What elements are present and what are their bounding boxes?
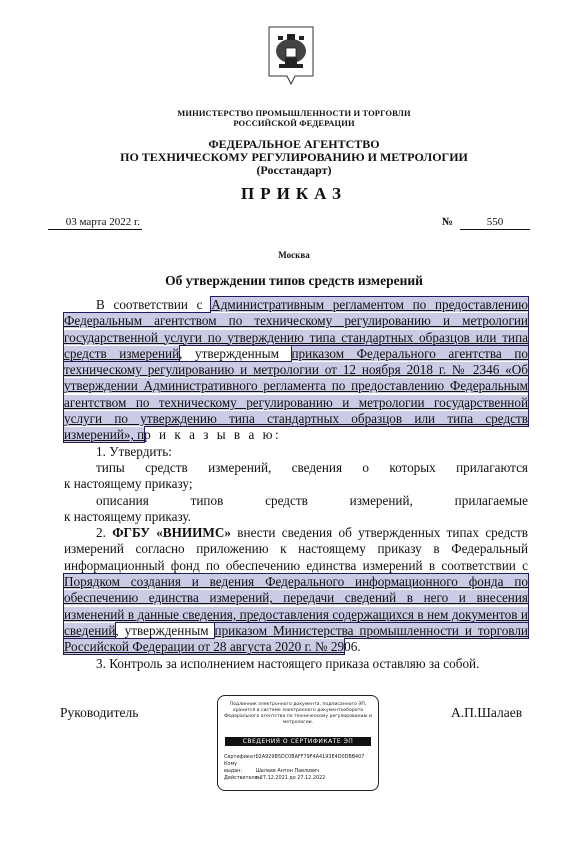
signatory-name: А.П.Шалаев: [451, 705, 522, 721]
document-type: ПРИКАЗ: [0, 184, 588, 204]
signatory-position: Руководитель: [60, 705, 138, 721]
stamp-row-validity: Действителен: с 27.12.2021 до 27.12.2022: [224, 775, 374, 782]
item-1a-line-2: к настоящему приказу;: [64, 476, 528, 492]
ministry-name: МИНИСТЕРСТВО ПРОМЫШЛЕННОСТИ И ТОРГОВЛИ Р…: [0, 108, 588, 128]
stamp-details: Сертификат: 02A929B5DC0BAFF79F4A4193E4D0…: [224, 754, 374, 782]
item-2: 2. ФГБУ «ВНИИМС» внести сведения об утве…: [64, 525, 528, 655]
stamp-header: Подлинник электронного документа, подпис…: [224, 702, 372, 726]
paragraph-preamble: В соответствии с Административным реглам…: [64, 297, 528, 444]
electronic-signature-stamp: Подлинник электронного документа, подпис…: [217, 695, 379, 791]
ministry-line-2: РОССИЙСКОЙ ФЕДЕРАЦИИ: [0, 118, 588, 128]
document-number: 550: [460, 216, 530, 230]
item-1b-line-2: к настоящему приказу.: [64, 509, 528, 525]
stamp-row-issued-to: Кому выдан: Шалаев Антон Павлович: [224, 761, 374, 775]
item-1: 1. Утвердить:: [64, 444, 528, 460]
document-date: 03 марта 2022 г.: [48, 216, 142, 230]
document-title: Об утверждении типов средств измерений: [0, 273, 588, 289]
agency-name: ФЕДЕРАЛЬНОЕ АГЕНТСТВО ПО ТЕХНИЧЕСКОМУ РЕ…: [0, 138, 588, 177]
russian-coat-of-arms-icon: [265, 24, 317, 90]
stamp-certificate-banner: СВЕДЕНИЯ О СЕРТИФИКАТЕ ЭП: [225, 737, 371, 746]
ministry-line-1: МИНИСТЕРСТВО ПРОМЫШЛЕННОСТИ И ТОРГОВЛИ: [0, 108, 588, 118]
city: Москва: [0, 250, 588, 260]
stamp-row-certificate: Сертификат: 02A929B5DC0BAFF79F4A4193E4D0…: [224, 754, 374, 761]
number-label: №: [442, 216, 453, 229]
item-1b-line-1: описания типов средств измерений, прилаг…: [64, 493, 528, 509]
organization-name: ФГБУ «ВНИИМС»: [112, 525, 231, 540]
document-body: В соответствии с Административным реглам…: [64, 297, 528, 672]
item-3: 3. Контроль за исполнением настоящего пр…: [64, 656, 528, 672]
agency-line-3: (Росстандарт): [0, 164, 588, 177]
item-1a-line-1: типы средств измерений, сведения о котор…: [64, 460, 528, 476]
